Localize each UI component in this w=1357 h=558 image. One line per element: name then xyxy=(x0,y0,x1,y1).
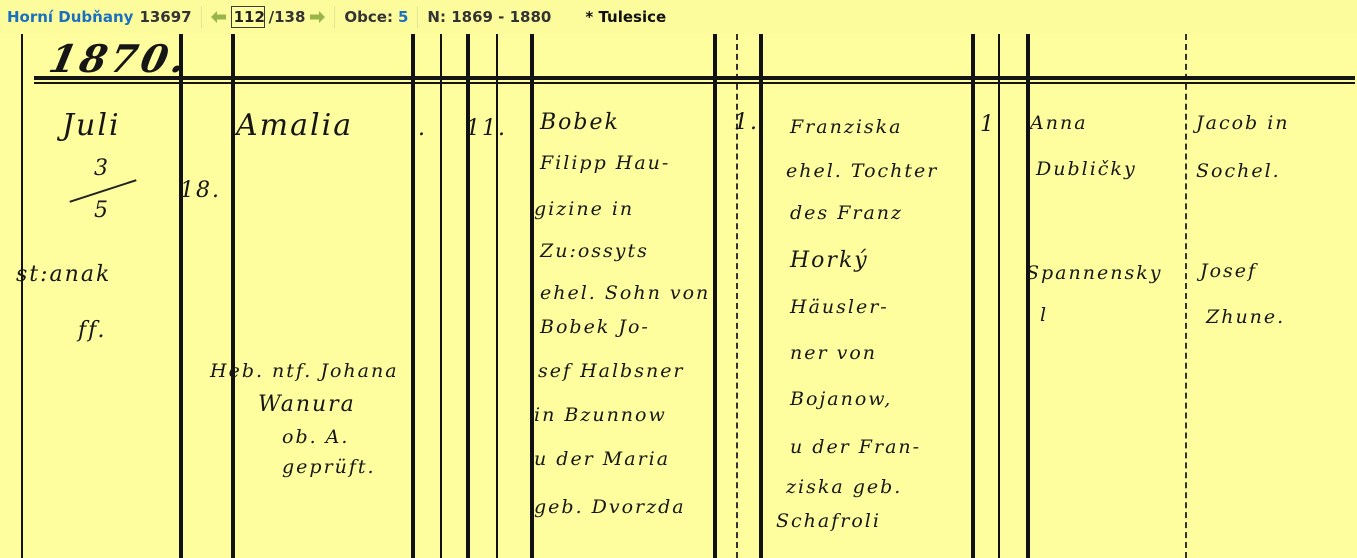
godparent-line: l xyxy=(1040,304,1048,326)
mother-line: Franziska xyxy=(790,116,903,138)
column-rule xyxy=(21,34,23,558)
mother-line: Schafroli xyxy=(776,510,881,532)
column-rule xyxy=(971,34,975,558)
remarks-line: Josef xyxy=(1200,260,1257,282)
column-rule xyxy=(466,34,470,558)
separator xyxy=(334,6,335,28)
father-line: Bobek Jo- xyxy=(540,316,650,338)
column-rule xyxy=(759,34,763,558)
total-pages: /138 xyxy=(269,0,306,34)
midwife-line: Heb. ntf. Johana xyxy=(210,360,399,382)
column-rule xyxy=(179,34,183,558)
column-rule xyxy=(530,34,534,558)
column-rule xyxy=(411,34,415,558)
mother-line: ziska geb. xyxy=(786,476,902,498)
header-rule xyxy=(34,82,1355,84)
date-note-2: ff. xyxy=(78,318,107,343)
date-range: N: 1869 - 1880 xyxy=(427,0,551,34)
mother-line: Bojanow, xyxy=(790,388,892,410)
date-note: st:anak xyxy=(16,262,111,287)
baptism-day: 5 xyxy=(94,198,110,223)
arrow-right-icon[interactable] xyxy=(309,11,325,23)
mother-line: ner von xyxy=(790,342,877,364)
father-line: Zu:ossyts xyxy=(540,240,649,262)
birth-day: 3 xyxy=(94,156,110,181)
midwife-line: ob. A. xyxy=(282,426,349,448)
godparent-line: Spannensky xyxy=(1026,262,1162,284)
header-rule xyxy=(34,76,1355,80)
religion-mark: . xyxy=(418,116,427,141)
record-id: 13697 xyxy=(139,0,191,34)
midwife-line: Wanura xyxy=(258,392,356,417)
father-line: u der Maria xyxy=(534,448,670,470)
mother-line: u der Fran- xyxy=(790,436,921,458)
remarks-line: Sochel. xyxy=(1196,160,1281,182)
column-rule xyxy=(440,34,442,558)
father-line: gizine in xyxy=(534,198,634,220)
mother-line: Horký xyxy=(790,248,869,273)
separator xyxy=(417,6,418,28)
arrow-left-icon[interactable] xyxy=(211,11,227,23)
separator xyxy=(201,6,202,28)
scanned-register-page[interactable]: 1870. Juli 3 5 st:anak ff. 18. Amalia . … xyxy=(0,0,1357,558)
column-rule xyxy=(998,34,1000,558)
column-rule xyxy=(713,34,717,558)
father-line: geb. Dvorzda xyxy=(534,496,686,518)
mother-line: des Franz xyxy=(790,202,903,224)
register-year: 1870. xyxy=(45,36,194,81)
midwife-line: geprüft. xyxy=(282,456,376,478)
parish-name: * Tulesice xyxy=(585,0,666,34)
mother-line: Häusler- xyxy=(790,296,889,318)
mother-count: 1 xyxy=(980,112,996,137)
page-number-input[interactable] xyxy=(231,6,265,28)
remarks-line: Zhune. xyxy=(1206,306,1285,328)
obce-count-link[interactable]: 5 xyxy=(398,0,408,34)
column-rule xyxy=(1185,34,1188,558)
father-line: Bobek xyxy=(540,110,620,135)
viewer-toolbar: Horní Dubňany 13697 /138 Obce: 5 N: 1869… xyxy=(0,0,1357,34)
father-count: 1. xyxy=(734,110,759,135)
mother-line: ehel. Tochter xyxy=(786,160,938,182)
obce-label: Obce: xyxy=(344,0,393,34)
column-rule xyxy=(496,34,498,558)
godparent-line: Anna xyxy=(1030,112,1088,134)
column-rule xyxy=(231,34,235,558)
sex-mark: 11. xyxy=(466,116,507,141)
father-line: ehel. Sohn von xyxy=(540,282,710,304)
remarks-line: Jacob in xyxy=(1196,112,1290,134)
father-line: Filipp Hau- xyxy=(540,152,670,174)
place-name-link[interactable]: Horní Dubňany xyxy=(7,0,133,34)
father-line: in Bzunnow xyxy=(534,404,667,426)
child-name: Amalia xyxy=(236,108,353,143)
birth-month: Juli xyxy=(62,108,121,143)
house-number: 18. xyxy=(180,178,221,203)
godparent-line: Dubličky xyxy=(1036,158,1137,180)
father-line: sef Halbsner xyxy=(538,360,685,382)
